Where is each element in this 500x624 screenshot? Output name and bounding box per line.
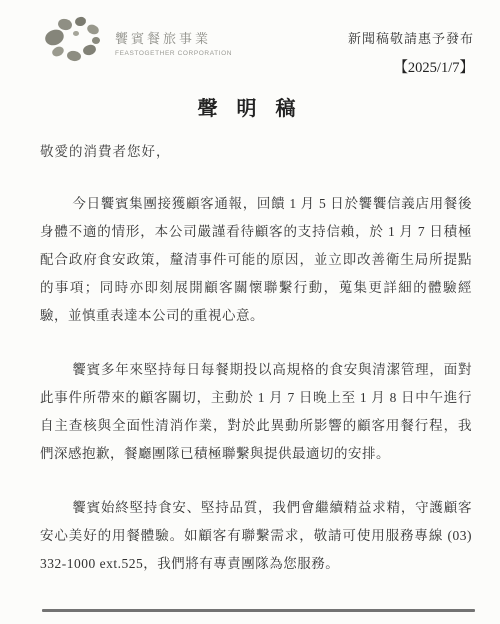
statement-paragraph-3: 饗賓始終堅持食安、堅持品質，我們會繼續精益求精，守護顧客安心美好的用餐體驗。如顧… bbox=[40, 494, 472, 578]
greeting-line: 敬愛的消費者您好， bbox=[40, 140, 472, 160]
company-logo: 饗賓餐旅事業 FEASTOGETHER CORPORATION bbox=[45, 17, 232, 67]
header-right-block: 新聞稿敬請惠予發布 【2025/1/7】 bbox=[348, 28, 474, 77]
company-name-en: FEASTOGETHER CORPORATION bbox=[115, 50, 232, 57]
statement-body: 敬愛的消費者您好， 今日饗賓集團接獲顧客通報，回饋 1 月 5 日於饗饗信義店用… bbox=[40, 140, 472, 604]
company-name-block: 饗賓餐旅事業 FEASTOGETHER CORPORATION bbox=[115, 28, 232, 57]
statement-title: 聲 明 稿 bbox=[0, 92, 500, 121]
document-header: 饗賓餐旅事業 FEASTOGETHER CORPORATION 新聞稿敬請惠予發… bbox=[0, 0, 500, 80]
press-release-note: 新聞稿敬請惠予發布 bbox=[348, 28, 474, 47]
statement-paragraph-1: 今日饗賓集團接獲顧客通報，回饋 1 月 5 日於饗饗信義店用餐後身體不適的情形，… bbox=[40, 190, 472, 330]
pebble-flower-logo-icon bbox=[45, 17, 103, 67]
release-date: 【2025/1/7】 bbox=[348, 56, 474, 77]
company-name-zh: 饗賓餐旅事業 bbox=[115, 28, 232, 47]
statement-paragraph-2: 饗賓多年來堅持每日每餐期投以高規格的食安與清潔管理，面對此事件所帶來的顧客關切，… bbox=[40, 356, 472, 468]
footer-divider bbox=[42, 609, 475, 612]
